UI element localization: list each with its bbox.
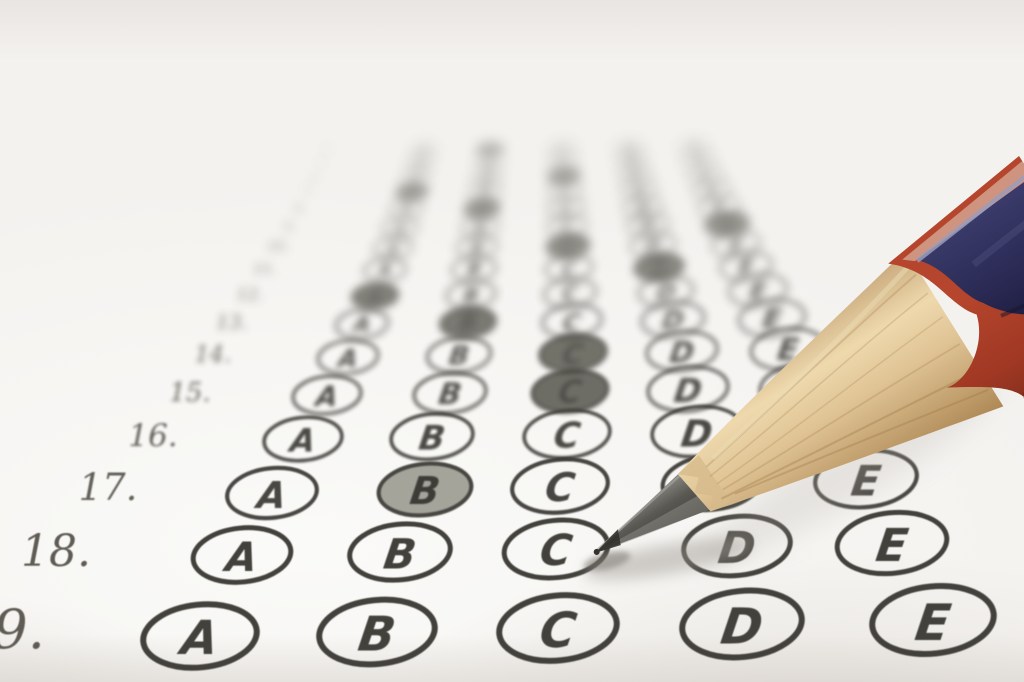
bubble-letter: C: [560, 258, 578, 281]
bubble-4-A: A: [410, 142, 437, 159]
bubble-letter: C: [537, 526, 576, 576]
bubble-16-A: A: [262, 414, 344, 465]
bubble-11-A: A: [363, 256, 407, 283]
bubble-14-A: A: [316, 337, 379, 376]
bubble-19-B: B: [316, 594, 438, 670]
bubble-9-A: A: [381, 216, 419, 239]
bubble-letter: D: [644, 235, 663, 257]
bubble-letter: C: [542, 465, 577, 511]
answer-row-8: 8.ABCDE: [295, 193, 741, 220]
answer-row-4: 4.ABCDE: [323, 138, 711, 159]
bubble-19-A: A: [140, 599, 260, 673]
question-number-14: 14.: [195, 342, 232, 368]
bubble-letter: D: [717, 598, 766, 656]
bubble-letter: C: [561, 308, 583, 337]
bubble-letter: E: [873, 519, 911, 572]
bubble-16-B: B: [389, 410, 475, 463]
bubble-17-B: B: [376, 459, 474, 520]
bubble-16-C: C: [522, 406, 612, 462]
question-number-5: 5.: [318, 158, 326, 168]
question-number-16: 16.: [128, 418, 177, 454]
bubble-letter: A: [350, 313, 372, 338]
question-number-8: 8.: [295, 202, 306, 215]
bubble-letter: A: [375, 261, 393, 281]
bubble-4-E: E: [677, 138, 711, 159]
bubble-letter: A: [418, 144, 429, 157]
bubble-letter: C: [551, 415, 583, 456]
bubble-letter: B: [355, 607, 399, 663]
bubble-letter: D: [649, 256, 669, 280]
bubble-4-C: C: [547, 140, 578, 159]
bubble-letter: A: [334, 344, 359, 373]
question-number-18: 18.: [21, 526, 91, 577]
bubble-letter: B: [457, 311, 478, 337]
bubble-letter: D: [668, 336, 697, 370]
bubble-19-E: E: [869, 580, 997, 659]
question-number-6: 6.: [312, 172, 321, 183]
bubble-letter: D: [623, 142, 636, 157]
answer-row-9: 9.ABCDE: [284, 210, 750, 240]
answer-sheet-photo: 19.ABCDE18.ABCDE17.ABCDE16.ABCDE15.ABCDE…: [0, 0, 1024, 682]
answer-row-11: 11.ABCDE: [253, 249, 773, 284]
question-number-12: 12.: [236, 285, 263, 305]
bubble-15-C: C: [530, 366, 610, 416]
bubble-12-A: A: [351, 281, 399, 311]
bubble-letter: A: [174, 611, 222, 666]
bubble-letter: A: [285, 422, 318, 460]
bubble-letter: A: [312, 380, 340, 413]
bubble-18-E: E: [834, 507, 950, 579]
bubble-letter: A: [220, 533, 261, 581]
answer-row-10: 10.ABCDE: [267, 228, 761, 260]
bubble-17-C: C: [510, 455, 611, 518]
bubble-letter: B: [473, 218, 488, 237]
question-number-10: 10.: [267, 239, 288, 255]
bubble-letter: B: [483, 156, 494, 170]
bubble-letter: A: [392, 220, 407, 238]
answer-row-12: 12.ABCDE: [236, 271, 788, 311]
bubble-letter: B: [447, 341, 471, 371]
answer-row-7: 7.ABCDE: [304, 178, 732, 203]
bubble-letter: C: [560, 282, 579, 307]
question-number-19: 19.: [0, 598, 45, 661]
bubble-letter: D: [635, 199, 652, 218]
answer-row-19: 19.ABCDE: [0, 580, 997, 673]
bubble-12-B: B: [445, 279, 497, 311]
bubble-18-B: B: [347, 519, 453, 585]
question-number-17: 17.: [79, 466, 138, 509]
bubble-letter: D: [655, 280, 677, 306]
question-number-15: 15.: [169, 378, 210, 408]
bubble-letter: B: [469, 238, 485, 258]
answer-row-5: 5.ABCDE: [318, 150, 717, 172]
answer-row-13: 13.ABCDE: [216, 297, 807, 341]
bubble-letter: D: [672, 371, 705, 410]
answer-row-14: 14.ABCDE: [195, 325, 827, 377]
bubble-letter: A: [398, 202, 412, 218]
bubble-letter: A: [414, 157, 426, 171]
bubble-letter: B: [466, 260, 483, 281]
bubble-4-D: D: [613, 139, 645, 159]
bubble-17-A: A: [225, 464, 320, 523]
bubble-letter: B: [479, 184, 492, 200]
bubble-18-A: A: [190, 523, 293, 587]
bubble-letter: A: [409, 170, 422, 185]
bubble-letter: A: [252, 473, 290, 517]
bubble-letter: E: [728, 234, 745, 257]
bubble-10-A: A: [373, 236, 413, 261]
bubble-letter: E: [737, 255, 755, 280]
bubble-letter: A: [384, 239, 401, 258]
bubble-13-B: B: [439, 304, 497, 340]
question-number-4: 4.: [323, 145, 332, 154]
bubble-14-B: B: [426, 334, 493, 375]
bubble-19-C: C: [496, 590, 620, 667]
answer-row-6: 6.ABCDE: [312, 163, 724, 187]
bubble-letter: A: [405, 185, 418, 200]
bubble-19-D: D: [679, 585, 805, 663]
question-number-9: 9.: [284, 220, 295, 234]
question-number-7: 7.: [304, 187, 314, 198]
bubble-letter: B: [381, 530, 420, 579]
question-number-13: 13.: [216, 310, 248, 334]
bubble-15-A: A: [291, 373, 363, 417]
photo-canvas: 19.ABCDE18.ABCDE17.ABCDE16.ABCDE15.ABCDE…: [0, 0, 1024, 682]
bubble-letter: E: [912, 593, 955, 652]
bubble-letter: B: [416, 418, 447, 458]
bubble-letter: D: [660, 306, 686, 336]
bubble-letter: B: [436, 377, 464, 412]
bubble-15-B: B: [412, 370, 488, 417]
bubble-letter: B: [462, 284, 481, 308]
bubble-5-E: E: [681, 150, 717, 172]
bubble-13-A: A: [335, 307, 390, 341]
question-number-11: 11.: [253, 260, 277, 278]
bubble-letter: C: [536, 602, 580, 659]
